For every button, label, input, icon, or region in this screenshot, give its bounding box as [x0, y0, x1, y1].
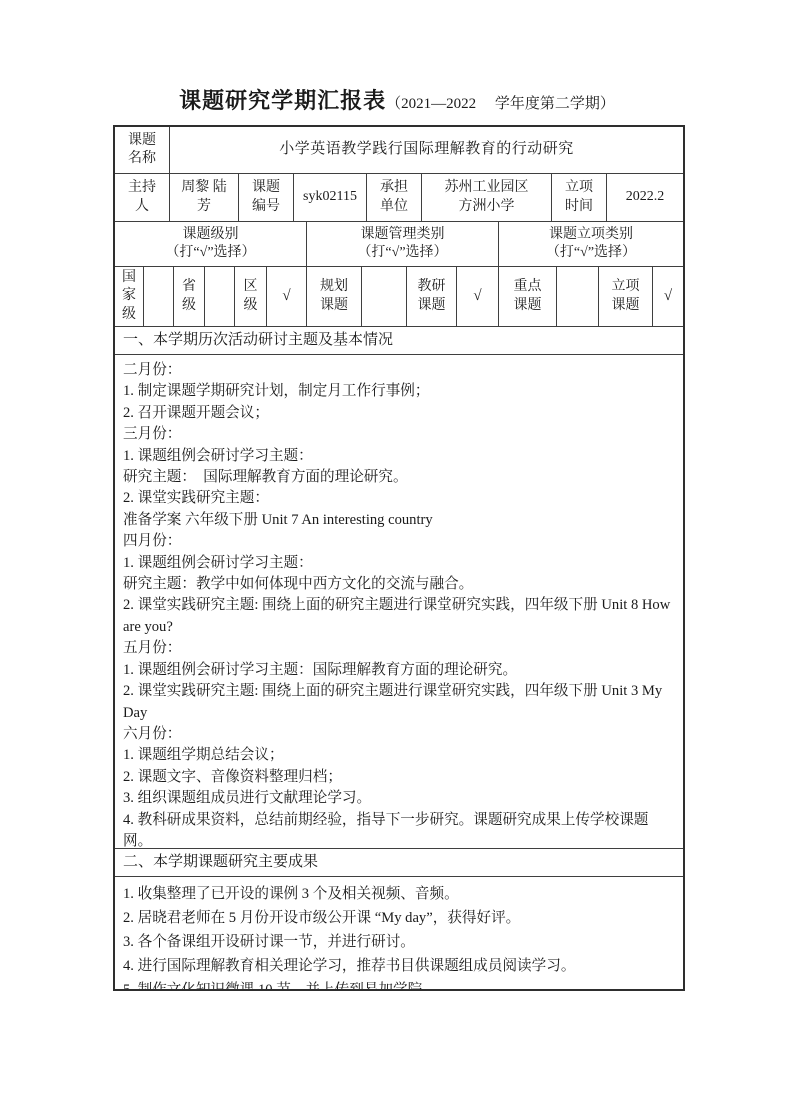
row-category-checks: 国 家 级 省 级 区 级 √ 规划 课题 教研 课题 √ 重点 课题 立项 课… [115, 267, 683, 327]
key-project-label: 重点 课题 [499, 267, 557, 326]
row-section2-content: 1. 收集整理了已开设的课例 3 个及相关视频、音频。2. 居晓君老师在 5 月… [115, 877, 683, 989]
leader-value: 周黎 陆 芳 [170, 174, 239, 221]
key-project-checkbox [557, 267, 599, 326]
content-line: 4. 教科研成果资料，总结前期经验，指导下一步研究。课题研究成果上传学校课题网。 [123, 810, 675, 848]
section1-content: 二月份：1. 制定课题学期研究计划，制定月工作行事例；2. 召开课题开题会议；三… [115, 355, 683, 848]
approval-date-value: 2022.2 [607, 174, 683, 221]
research-project-checkbox: √ [457, 267, 499, 326]
content-line: 1. 课题组例会研讨学习主题：国际理解教育方面的理论研究。 [123, 660, 675, 681]
content-line: 三月份： [123, 424, 675, 445]
row-project-name: 课题 名称 小学英语教学践行国际理解教育的行动研究 [115, 127, 683, 174]
document-title-term: （2021—2022 学年度第二学期） [386, 96, 615, 112]
content-line: 1. 收集整理了已开设的课例 3 个及相关视频、音频。 [123, 882, 675, 906]
approved-project-label: 立项 课题 [599, 267, 653, 326]
national-level-label: 国 家 级 [115, 267, 144, 326]
content-line: 六月份： [123, 724, 675, 745]
approval-category-header: 课题立项类别 （打“√”选择） [499, 222, 683, 266]
section1-title: 一、本学期历次活动研讨主题及基本情况 [115, 327, 683, 354]
content-line: 准备学案 六年级下册 Unit 7 An interesting country [123, 510, 675, 531]
content-line: 2. 居晓君老师在 5 月份开设市级公开课 “My day”，获得好评。 [123, 906, 675, 930]
content-line: 2. 课堂实践研究主题： [123, 488, 675, 509]
content-line: 4. 进行国际理解教育相关理论学习，推荐书目供课题组成员阅读学习。 [123, 954, 675, 978]
row-section1-header: 一、本学期历次活动研讨主题及基本情况 [115, 327, 683, 355]
research-project-label: 教研 课题 [407, 267, 457, 326]
project-number-label: 课题 编号 [239, 174, 294, 221]
level-category-header: 课题级别 （打“√”选择） [115, 222, 307, 266]
content-line: 研究主题：教学中如何体现中西方文化的交流与融合。 [123, 574, 675, 595]
content-line: 研究主题： 国际理解教育方面的理论研究。 [123, 467, 675, 488]
content-line: 四月份： [123, 531, 675, 552]
approval-date-label: 立项 时间 [552, 174, 607, 221]
content-line: 2. 课堂实践研究主题: 围绕上面的研究主题进行课堂研究实践，四年级下册 Uni… [123, 681, 675, 724]
management-category-header: 课题管理类别 （打“√”选择） [307, 222, 499, 266]
content-line: 二月份： [123, 360, 675, 381]
content-line: 3. 组织课题组成员进行文献理论学习。 [123, 788, 675, 809]
content-line: 1. 制定课题学期研究计划，制定月工作行事例； [123, 381, 675, 402]
content-line: 2. 召开课题开题会议； [123, 403, 675, 424]
approved-project-checkbox: √ [653, 267, 683, 326]
leader-label: 主持 人 [115, 174, 170, 221]
unit-label: 承担 单位 [367, 174, 422, 221]
project-name-value: 小学英语教学践行国际理解教育的行动研究 [170, 127, 683, 173]
project-name-label: 课题 名称 [115, 127, 170, 173]
planned-project-checkbox [362, 267, 407, 326]
project-number-value: syk02115 [294, 174, 367, 221]
national-level-checkbox [144, 267, 174, 326]
content-line: 1. 课题组例会研讨学习主题： [123, 446, 675, 467]
row-project-info: 主持 人 周黎 陆 芳 课题 编号 syk02115 承担 单位 苏州工业园区 … [115, 174, 683, 222]
content-line: 1. 课题组例会研讨学习主题： [123, 553, 675, 574]
content-line: 五月份： [123, 638, 675, 659]
unit-value: 苏州工业园区 方洲小学 [422, 174, 552, 221]
content-line: 2. 课堂实践研究主题: 围绕上面的研究主题进行课堂研究实践，四年级下册 Uni… [123, 595, 675, 638]
province-level-checkbox [205, 267, 235, 326]
row-section2-header: 二、本学期课题研究主要成果 [115, 849, 683, 877]
row-category-headers: 课题级别 （打“√”选择） 课题管理类别 （打“√”选择） 课题立项类别 （打“… [115, 222, 683, 267]
district-level-checkbox: √ [267, 267, 307, 326]
district-level-label: 区 级 [235, 267, 267, 326]
content-line: 5. 制作文化知识微课 10 节，并上传到易加学院。 [123, 978, 675, 989]
section2-title: 二、本学期课题研究主要成果 [115, 849, 683, 876]
report-form-table: 课题 名称 小学英语教学践行国际理解教育的行动研究 主持 人 周黎 陆 芳 课题… [113, 125, 685, 991]
planned-project-label: 规划 课题 [307, 267, 362, 326]
section2-content: 1. 收集整理了已开设的课例 3 个及相关视频、音频。2. 居晓君老师在 5 月… [115, 877, 683, 989]
content-line: 1. 课题组学期总结会议； [123, 745, 675, 766]
province-level-label: 省 级 [174, 267, 205, 326]
content-line: 3. 各个备课组开设研讨课一节，并进行研讨。 [123, 930, 675, 954]
row-section1-content: 二月份：1. 制定课题学期研究计划，制定月工作行事例；2. 召开课题开题会议；三… [115, 355, 683, 849]
document-title-main: 课题研究学期汇报表 [179, 88, 386, 113]
document-title: 课题研究学期汇报表（2021—2022 学年度第二学期） [0, 84, 794, 115]
content-line: 2. 课题文字、音像资料整理归档； [123, 767, 675, 788]
